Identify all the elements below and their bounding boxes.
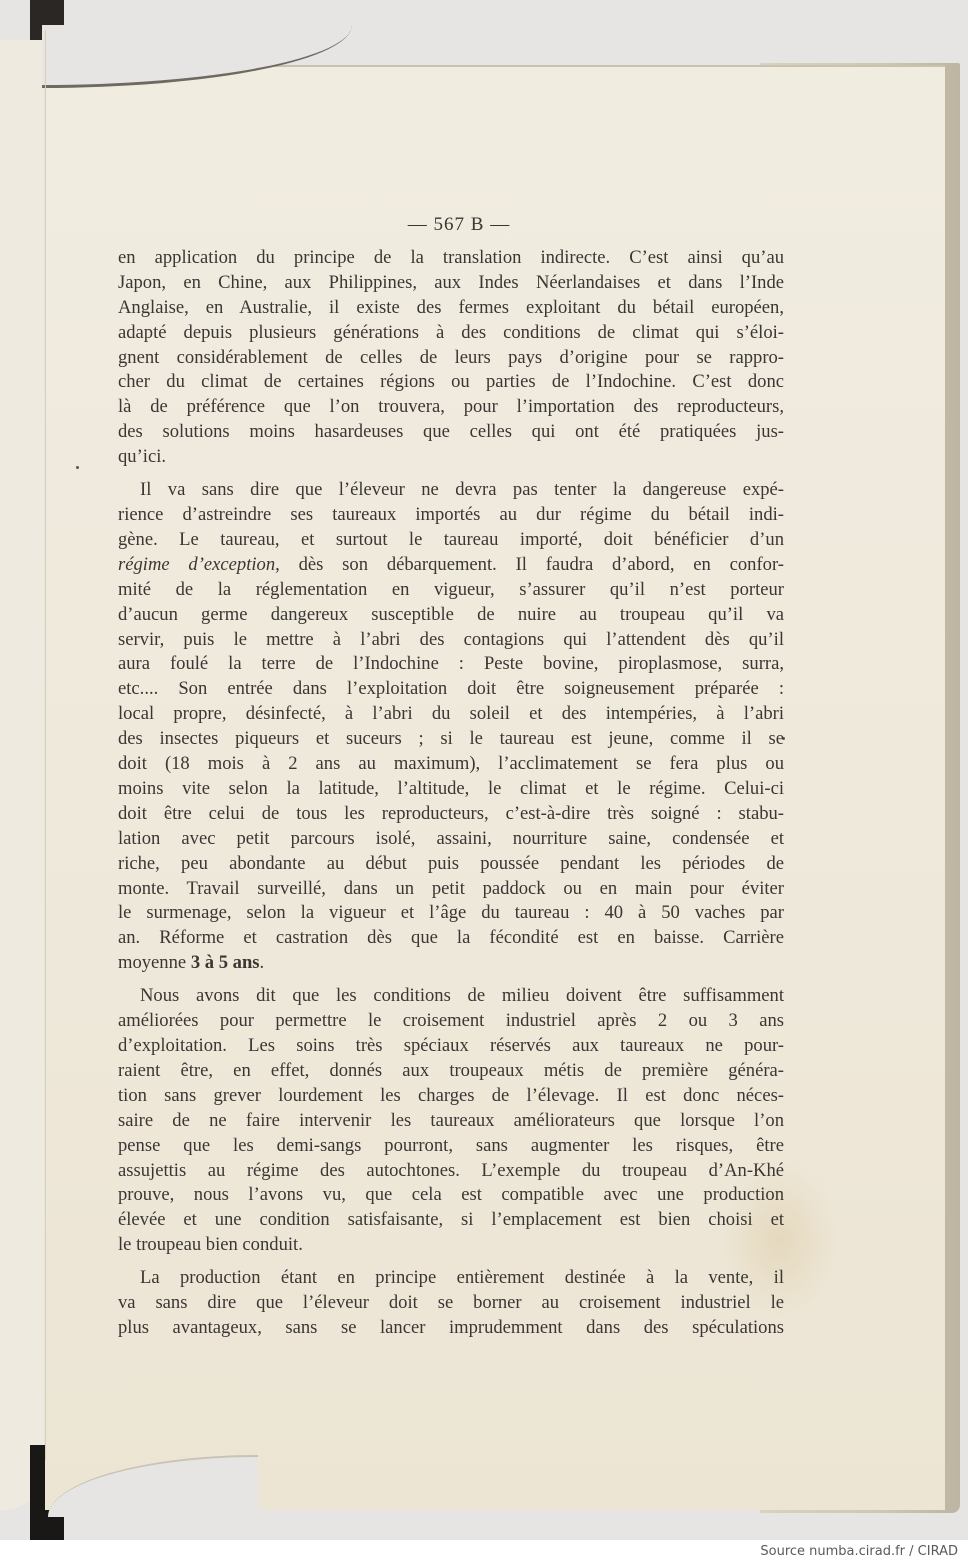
text-line: Nous avons dit que les conditions de mil… — [118, 984, 784, 1009]
text-line: Il va sans dire que l’éleveur ne devra p… — [118, 478, 784, 503]
text-line: d’aucun germe dangereux susceptible de n… — [118, 603, 784, 628]
text-line: cher du climat de certaines régions ou p… — [118, 370, 784, 395]
text-line: La production étant en principe entièrem… — [118, 1266, 784, 1291]
paragraph: La production étant en principe entièrem… — [118, 1266, 784, 1341]
text-line: d’exploitation. Les soins très spéciaux … — [118, 1034, 784, 1059]
italic-phrase: régime d’exception — [118, 554, 275, 575]
text-line: moins vite selon la latitude, l’altitude… — [118, 777, 784, 802]
text-line: lation avec petit parcours isolé, assain… — [118, 827, 784, 852]
facing-left-page-edge — [0, 40, 44, 1510]
text-line: mité de la réglementation en vigueur, s’… — [118, 578, 784, 603]
text-line: raient être, en effet, donnés aux troupe… — [118, 1059, 784, 1084]
text-line: le surmenage, selon la vigueur et l’âge … — [118, 901, 784, 926]
text-line: Anglaise, en Australie, il existe des fe… — [118, 296, 784, 321]
paragraph: Nous avons dit que les conditions de mil… — [118, 984, 784, 1258]
text-line: local propre, désinfecté, à l’abri du so… — [118, 702, 784, 727]
speck — [76, 466, 79, 469]
text-line: monte. Travail surveillé, dans un petit … — [118, 877, 784, 902]
paragraph: Il va sans dire que l’éleveur ne devra p… — [118, 478, 784, 976]
text-line: etc.... Son entrée dans l’exploitation d… — [118, 677, 784, 702]
text-line: régime d’exception, dès son débarquement… — [118, 553, 784, 578]
gutter-crease — [45, 30, 46, 1460]
text-line: rience d’astreindre ses taureaux importé… — [118, 503, 784, 528]
page-number: — 567 B — — [134, 213, 784, 238]
text-line: pense que les demi-sangs pourront, sans … — [118, 1134, 784, 1159]
text-line: élevée et une condition satisfaisante, s… — [118, 1208, 784, 1233]
text-line: des solutions moins hasardeuses que cell… — [118, 420, 784, 445]
text-line: adapté depuis plusieurs générations à de… — [118, 321, 784, 346]
text-line: assujettis au régime des autochtones. L’… — [118, 1159, 784, 1184]
text-line: doit (18 mois à 2 ans au maximum), l’acc… — [118, 752, 784, 777]
text-line: saire de ne faire intervenir les taureau… — [118, 1109, 784, 1134]
text-line: gène. Le taureau, et surtout le taureau … — [118, 528, 784, 553]
paragraph: en application du principe de la transla… — [118, 246, 784, 470]
scanned-book-spread: — 567 B — en application du principe de … — [0, 0, 968, 1540]
text-line: doit être celui de tous les reproducteur… — [118, 802, 784, 827]
text-line: aura foulé la terre de l’Indochine : Pes… — [118, 652, 784, 677]
text-line: en application du principe de la transla… — [118, 246, 784, 271]
source-caption: Source numba.cirad.fr / CIRAD — [760, 1544, 958, 1559]
text-line: prouve, nous l’avons vu, que cela est co… — [118, 1183, 784, 1208]
text-line: va sans dire que l’éleveur doit se borne… — [118, 1291, 784, 1316]
text-line: an. Réforme et castration dès que la féc… — [118, 926, 784, 951]
text-line: tion sans grever lourdement les charges … — [118, 1084, 784, 1109]
page-text-block: — 567 B — en application du principe de … — [118, 213, 784, 1341]
text-line: des insectes piqueurs et suceurs ; si le… — [118, 727, 784, 752]
bold-phrase: 3 à 5 ans — [191, 952, 260, 973]
text-line: gnent considérablement de celles de leur… — [118, 346, 784, 371]
text-line: servir, puis le mettre à l’abri des cont… — [118, 628, 784, 653]
text-line: améliorées pour permettre le croisement … — [118, 1009, 784, 1034]
text-line: là de préférence que l’on trouvera, pour… — [118, 395, 784, 420]
text-line: qu’ici. — [118, 445, 784, 470]
text-line: Japon, en Chine, aux Philippines, aux In… — [118, 271, 784, 296]
paragraphs-container: en application du principe de la transla… — [118, 246, 784, 1341]
text-line: riche, peu abondante au début puis pouss… — [118, 852, 784, 877]
text-line: moyenne 3 à 5 ans. — [118, 951, 784, 976]
text-line: le troupeau bien conduit. — [118, 1233, 784, 1258]
text-line: plus avantageux, sans se lancer imprudem… — [118, 1316, 784, 1341]
